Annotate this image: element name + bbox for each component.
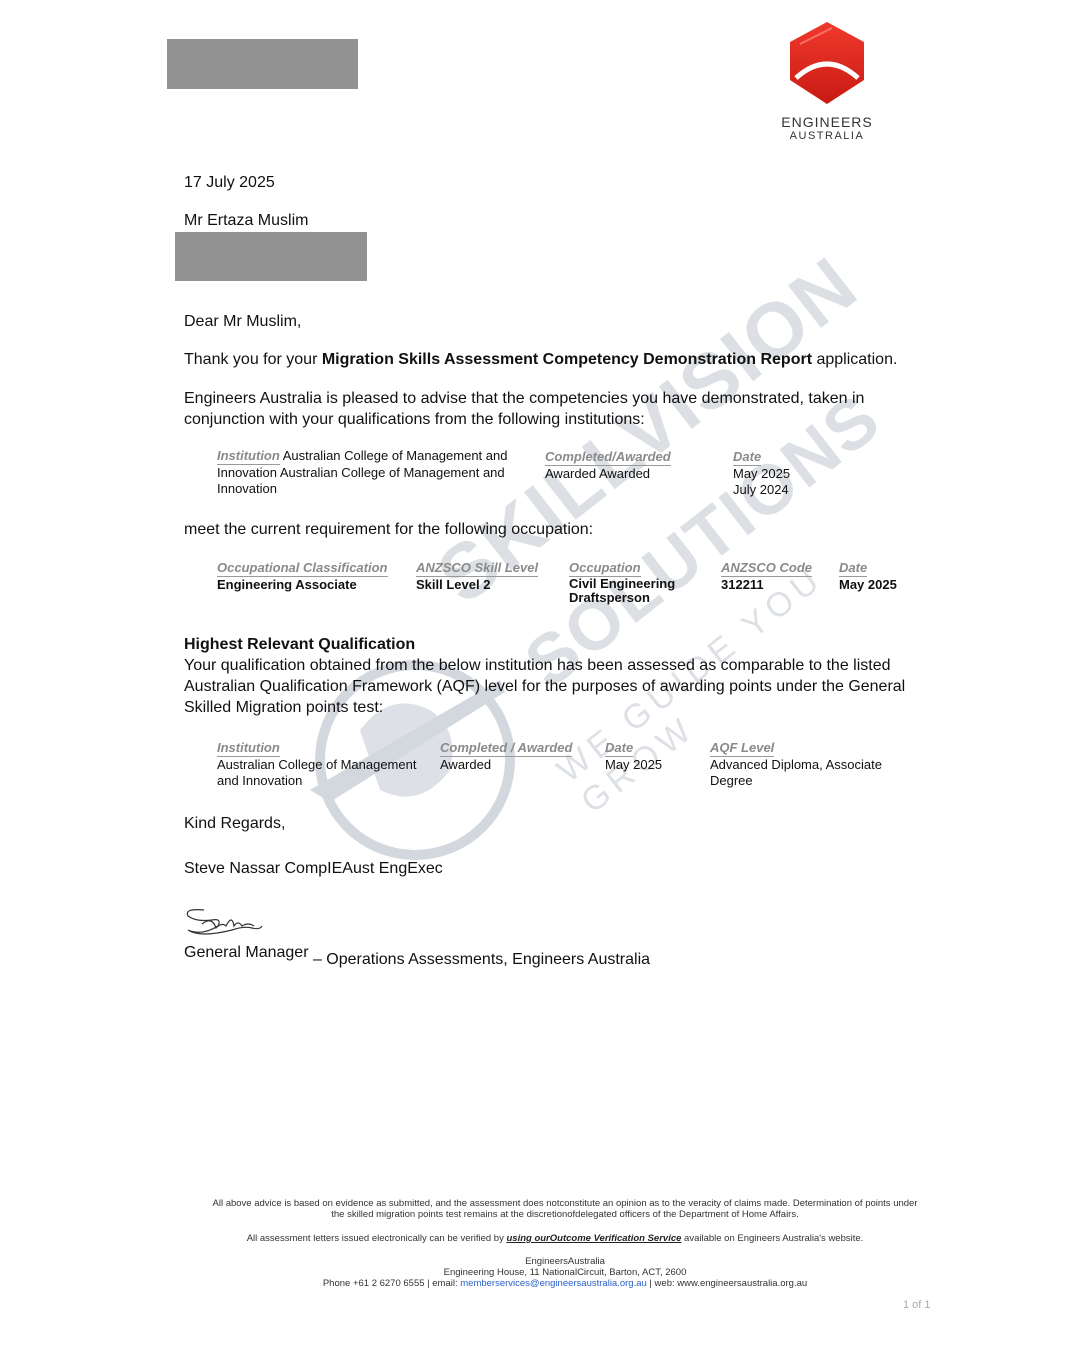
disclaimer-line1: All above advice is based on evidence as… — [150, 1198, 980, 1209]
th-anzsco-code: ANZSCO Code — [721, 561, 812, 577]
contact-block: EngineersAustralia Engineering House, 11… — [150, 1256, 980, 1289]
engineers-australia-logo: ENGINEERS AUSTRALIA — [770, 20, 884, 145]
thanks-paragraph: Thank you for your Migration Skills Asse… — [184, 349, 897, 370]
th-date: Date — [733, 450, 761, 466]
hrq-line3: Skilled Migration points test: — [184, 697, 905, 718]
aqf-completed-value: Awarded — [440, 757, 572, 773]
meet-text: meet the current requirement for the fol… — [184, 519, 593, 540]
letter-date: 17 July 2025 — [184, 172, 275, 193]
recipient-name: Mr Ertaza Muslim — [184, 210, 308, 231]
aqf-date-value: May 2025 — [605, 757, 662, 773]
advise-line1: Engineers Australia is pleased to advise… — [184, 388, 864, 409]
aqf-level-line1: Advanced Diploma, Associate — [710, 757, 882, 773]
th-aqf-date: Date — [605, 741, 633, 757]
occupation-line1: Civil Engineering — [569, 577, 675, 591]
page-indicator: 1 of 1 — [903, 1299, 931, 1311]
signature-icon — [182, 904, 268, 940]
phone-text: Phone +61 2 6270 6555 | email: — [323, 1278, 460, 1289]
closing: Kind Regards, — [184, 813, 285, 834]
date-value-1: May 2025 — [733, 466, 790, 482]
th-occupation: Occupation — [569, 561, 641, 577]
occupation-line2: Draftsperson — [569, 591, 675, 605]
hexagon-logo-icon — [770, 20, 884, 110]
verify-prefix: All assessment letters issued electronic… — [247, 1233, 507, 1244]
occupation-date-value: May 2025 — [839, 577, 897, 593]
disclaimer: All above advice is based on evidence as… — [150, 1198, 980, 1220]
th-occupation-date: Date — [839, 561, 867, 577]
th-aqf-completed: Completed / Awarded — [440, 741, 572, 757]
web-text: | web: www.engineersaustralia.org.au — [647, 1278, 807, 1289]
thanks-suffix: application. — [812, 351, 897, 368]
thanks-prefix: Thank you for your — [184, 351, 322, 368]
th-institution: Institution — [217, 449, 280, 465]
aqf-level-line2: Degree — [710, 773, 882, 789]
aqf-institution-line2: and Innovation — [217, 773, 416, 789]
advise-line2: conjunction with your qualifications fro… — [184, 409, 864, 430]
salutation: Dear Mr Muslim, — [184, 311, 301, 332]
hrq-line2: Australian Qualification Framework (AQF)… — [184, 676, 905, 697]
signatory-name: Steve Nassar CompIEAust EngExec — [184, 858, 443, 879]
classification-value: Engineering Associate — [217, 577, 388, 593]
hrq-line1: Your qualification obtained from the bel… — [184, 655, 905, 676]
verification-link[interactable]: using ourOutcome Verification Service — [506, 1233, 681, 1244]
email-link[interactable]: memberservices@engineersaustralia.org.au — [460, 1278, 647, 1289]
org-address: Engineering House, 11 NationalCircuit, B… — [150, 1267, 980, 1278]
skill-level-value: Skill Level 2 — [416, 577, 538, 593]
th-classification: Occupational Classification — [217, 561, 388, 577]
signature — [182, 904, 268, 940]
completed-value: Awarded Awarded — [545, 466, 671, 482]
org-name: EngineersAustralia — [150, 1256, 980, 1267]
advise-paragraph: Engineers Australia is pleased to advise… — [184, 388, 864, 430]
application-type: Migration Skills Assessment Competency D… — [322, 351, 812, 368]
verification-note: All assessment letters issued electronic… — [130, 1233, 980, 1244]
redacted-address — [175, 232, 367, 281]
title-part2: – Operations Assessments, Engineers Aust… — [309, 951, 651, 968]
th-skill-level: ANZSCO Skill Level — [416, 561, 538, 577]
logo-line2: AUSTRALIA — [770, 130, 884, 142]
anzsco-code-value: 312211 — [721, 577, 812, 593]
th-aqf-institution: Institution — [217, 741, 280, 757]
th-aqf-level: AQF Level — [710, 741, 774, 757]
verify-suffix: available on Engineers Australia's websi… — [681, 1233, 863, 1244]
disclaimer-line2: the skilled migration points test remain… — [150, 1209, 980, 1220]
hrq-heading: Highest Relevant Qualification — [184, 634, 415, 655]
hrq-paragraph: Your qualification obtained from the bel… — [184, 655, 905, 718]
aqf-institution-line1: Australian College of Management — [217, 757, 416, 773]
signatory-title: General Manager – Operations Assessments… — [184, 943, 650, 964]
institution-line3: Innovation — [217, 481, 537, 497]
institution-line1: Australian College of Management and — [280, 448, 508, 463]
logo-line1: ENGINEERS — [770, 114, 884, 130]
institution-line2: Innovation Australian College of Managem… — [217, 465, 537, 481]
date-value-2: July 2024 — [733, 482, 790, 498]
title-part1: General Manager — [184, 944, 309, 961]
redacted-block-header — [167, 39, 358, 89]
th-completed: Completed/Awarded — [545, 450, 671, 466]
